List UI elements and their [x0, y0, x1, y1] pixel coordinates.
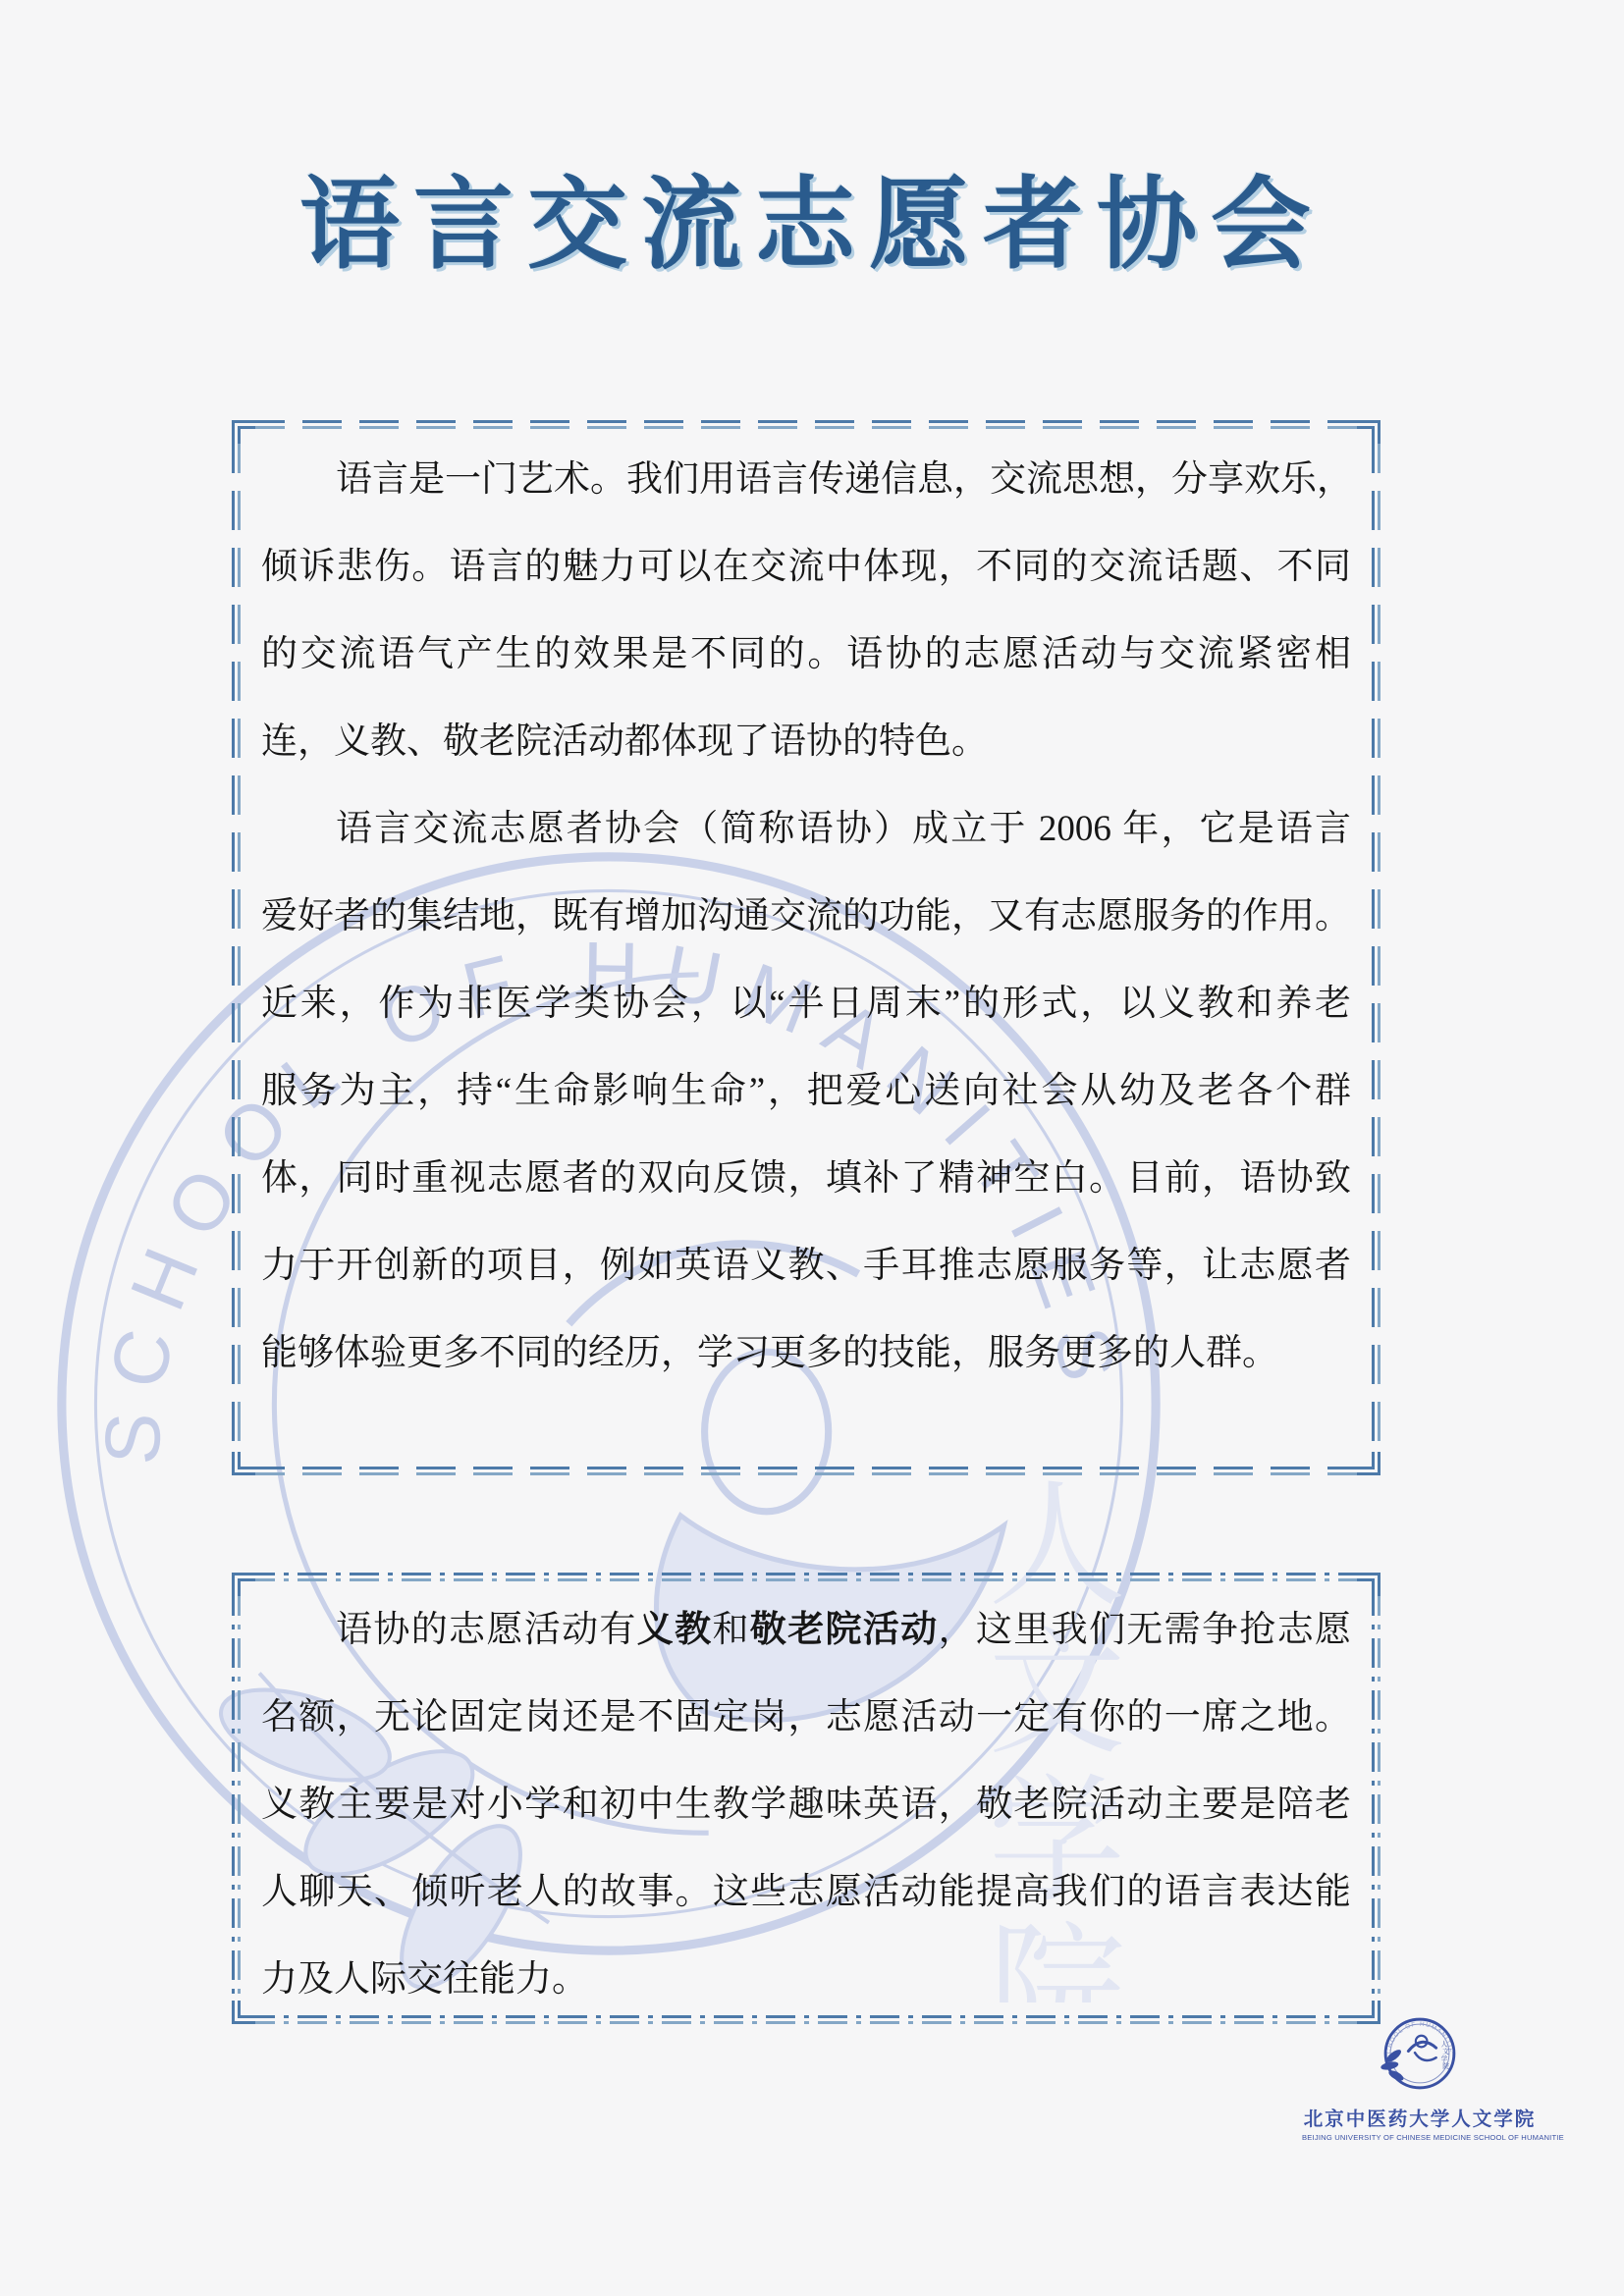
intro-text-box: 语言是一门艺术。我们用语言传递信息，交流思想，分享欢乐，倾诉悲伤。语言的魅力可以…: [232, 420, 1380, 1475]
box-border-left: [232, 434, 241, 1462]
svg-text:人: 人: [1441, 2040, 1448, 2049]
text-line: 力及人际交往能力。: [261, 1936, 1351, 2023]
box-border-left: [232, 1586, 241, 2010]
page-title: 语言交流志愿者协会: [0, 145, 1624, 289]
box-border-top: [245, 420, 1367, 429]
box-border-right: [1372, 434, 1380, 1462]
text-line: 义教主要是对小学和初中生教学趣味英语，敬老院活动主要是陪老: [261, 1761, 1351, 1848]
text-line: 服务为主，持“生命影响生命”，把爱心送向社会从幼及老各个群: [261, 1047, 1351, 1135]
document-page: { "colors": { "page_bg": "#f6f6f7", "tex…: [0, 0, 1624, 2296]
text-line: 的交流语气产生的效果是不同的。语协的志愿活动与交流紧密相: [261, 611, 1351, 698]
university-logo: SCHOOL OF HUMANITIES 人 文 学 院 北京中医药大学人文学院…: [1302, 2010, 1538, 2142]
box-border-bottom: [245, 1467, 1367, 1475]
text-line: 名额，无论固定岗还是不固定岗，志愿活动一定有你的一席之地。: [261, 1674, 1351, 1761]
intro-paragraphs: 语言是一门艺术。我们用语言传递信息，交流思想，分享欢乐，倾诉悲伤。语言的魅力可以…: [261, 436, 1351, 1397]
svg-text:学: 学: [1441, 2054, 1448, 2062]
text-line: 语言交流志愿者协会（简称语协）成立于 2006 年，它是语言: [261, 785, 1351, 873]
text-line: 爱好者的集结地，既有增加沟通交流的功能，又有志愿服务的作用。: [261, 873, 1351, 960]
text-line: 语言是一门艺术。我们用语言传递信息，交流思想，分享欢乐，: [261, 436, 1351, 523]
text-line: 人聊天、倾听老人的故事。这些志愿活动能提高我们的语言表达能: [261, 1848, 1351, 1936]
text-line: 倾诉悲伤。语言的魅力可以在交流中体现，不同的交流话题、不同: [261, 523, 1351, 611]
text-line: 近来，作为非医学类协会，以“半日周末”的形式，以义教和养老: [261, 960, 1351, 1047]
box-border-bottom: [245, 2015, 1367, 2024]
text-line: 力于开创新的项目，例如英语义教、手耳推志愿服务等，让志愿者: [261, 1222, 1351, 1309]
activities-paragraphs: 语协的志愿活动有义教和敬老院活动，这里我们无需争抢志愿名额，无论固定岗还是不固定…: [261, 1586, 1351, 2023]
svg-text:院: 院: [1442, 2061, 1449, 2070]
box-border-top: [245, 1573, 1367, 1581]
university-name-en: BEIJING UNIVERSITY OF CHINESE MEDICINE S…: [1302, 2133, 1538, 2142]
text-line: 语协的志愿活动有义教和敬老院活动，这里我们无需争抢志愿: [261, 1586, 1351, 1674]
text-line: 体，同时重视志愿者的双向反馈，填补了精神空白。目前，语协致: [261, 1135, 1351, 1222]
box-border-right: [1372, 1586, 1380, 2010]
university-name-cn: 北京中医药大学人文学院: [1302, 2104, 1538, 2131]
text-line: 能够体验更多不同的经历，学习更多的技能，服务更多的人群。: [261, 1309, 1351, 1397]
university-logo-icon: SCHOOL OF HUMANITIES 人 文 学 院: [1371, 2010, 1469, 2097]
svg-text:文: 文: [1442, 2047, 1449, 2056]
activities-text-box: 语协的志愿活动有义教和敬老院活动，这里我们无需争抢志愿名额，无论固定岗还是不固定…: [232, 1573, 1380, 2024]
text-line: 连，义教、敬老院活动都体现了语协的特色。: [261, 698, 1351, 785]
